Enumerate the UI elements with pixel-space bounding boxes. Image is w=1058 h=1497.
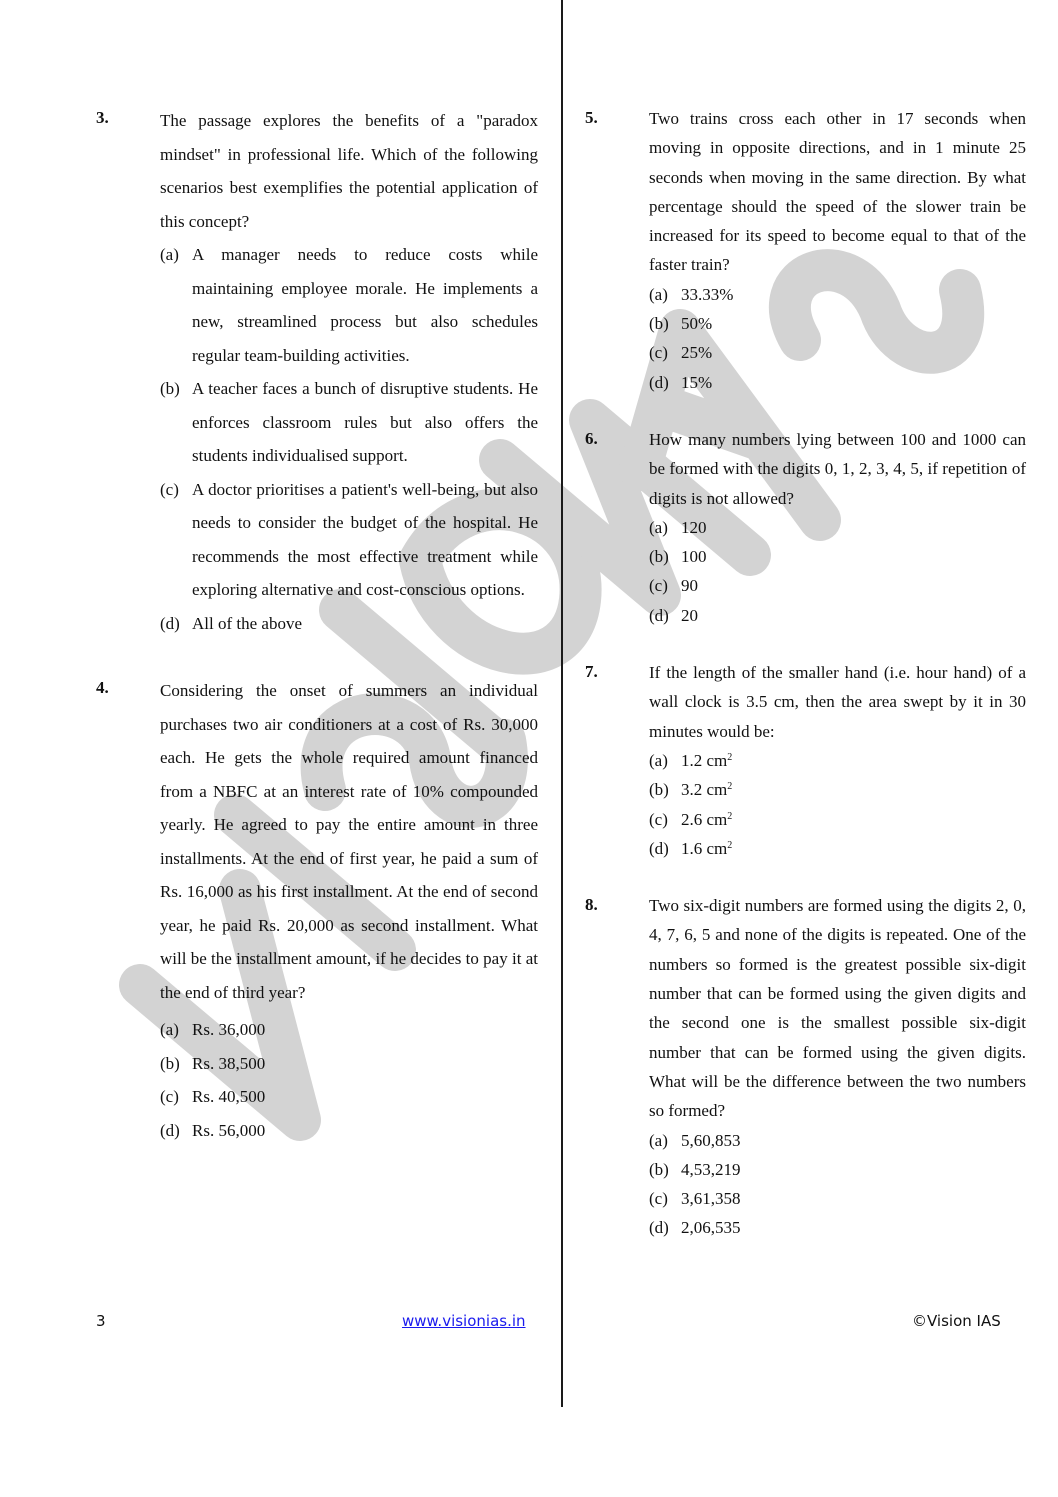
option-label: (b) [649,775,681,804]
option-value: 1.6 [681,839,707,858]
option-value: 1.2 [681,751,707,770]
column-divider [561,0,563,1407]
unit: cm [707,839,728,858]
option-d: (d)2,06,535 [649,1213,1026,1242]
option-label: (c) [649,338,681,367]
option-text: 15% [681,368,1026,397]
option-a: (a)1.2 cm2 [649,746,1026,775]
option-a: (a)120 [649,513,1026,542]
option-text: 1.2 cm2 [681,746,1026,775]
option-a: (a)Rs. 36,000 [160,1013,538,1047]
option-c: (c)90 [649,571,1026,600]
option-a: (a)5,60,853 [649,1126,1026,1155]
option-text: 100 [681,542,1026,571]
option-label: (b) [160,372,192,473]
option-b: (b)50% [649,309,1026,338]
option-value: 2.6 [681,810,707,829]
option-label: (c) [649,1184,681,1213]
option-label: (a) [649,513,681,542]
website-link[interactable]: www.visionias.in [402,1312,526,1330]
question-3: 3. The passage explores the benefits of … [96,104,538,640]
option-text: 3.2 cm2 [681,775,1026,804]
option-label: (d) [160,1114,192,1148]
question-number: 7. [585,662,598,682]
option-c: (c)A doctor prioritises a patient's well… [160,473,538,607]
unit-exponent: 2 [727,781,732,792]
option-label: (d) [649,368,681,397]
unit: cm [707,780,728,799]
option-a: (a)33.33% [649,280,1026,309]
option-b: (b)A teacher faces a bunch of disruptive… [160,372,538,473]
question-6: 6. How many numbers lying between 100 an… [585,425,1026,630]
option-text: A manager needs to reduce costs while ma… [192,238,538,372]
question-text: Considering the onset of summers an indi… [160,674,538,1009]
option-label: (d) [649,601,681,630]
option-text: 20 [681,601,1026,630]
page-number: 3 [96,1312,106,1330]
option-text: 3,61,358 [681,1184,1026,1213]
option-text: 5,60,853 [681,1126,1026,1155]
question-4: 4. Considering the onset of summers an i… [96,674,538,1147]
copyright-notice: ©Vision IAS [912,1312,1001,1330]
question-number: 3. [96,108,109,128]
option-text: Rs. 36,000 [192,1013,538,1047]
option-c: (c)3,61,358 [649,1184,1026,1213]
option-label: (b) [649,309,681,338]
question-8: 8. Two six-digit numbers are formed usin… [585,891,1026,1243]
option-label: (a) [649,746,681,775]
option-text: A teacher faces a bunch of disruptive st… [192,372,538,473]
option-b: (b)100 [649,542,1026,571]
unit-exponent: 2 [727,840,732,851]
option-d: (d)All of the above [160,607,538,641]
option-text: 33.33% [681,280,1026,309]
option-text: All of the above [192,607,538,641]
unit-exponent: 2 [727,752,732,763]
option-label: (c) [649,805,681,834]
question-text: How many numbers lying between 100 and 1… [649,425,1026,513]
option-label: (b) [160,1047,192,1081]
option-text: A doctor prioritises a patient's well-be… [192,473,538,607]
option-label: (b) [649,542,681,571]
option-label: (d) [649,834,681,863]
option-label: (a) [649,280,681,309]
unit-exponent: 2 [727,811,732,822]
option-text: 2.6 cm2 [681,805,1026,834]
unit: cm [707,810,728,829]
option-d: (d)20 [649,601,1026,630]
option-label: (c) [160,473,192,607]
question-5: 5. Two trains cross each other in 17 sec… [585,104,1026,397]
option-c: (c)25% [649,338,1026,367]
option-a: (a)A manager needs to reduce costs while… [160,238,538,372]
option-d: (d)15% [649,368,1026,397]
left-column: 3. The passage explores the benefits of … [96,104,538,1147]
option-d: (d)1.6 cm2 [649,834,1026,863]
question-text: Two trains cross each other in 17 second… [649,104,1026,280]
option-text: Rs. 38,500 [192,1047,538,1081]
option-b: (b)Rs. 38,500 [160,1047,538,1081]
question-number: 5. [585,108,598,128]
right-column: 5. Two trains cross each other in 17 sec… [585,104,1026,1243]
option-label: (d) [160,607,192,641]
option-c: (c)Rs. 40,500 [160,1080,538,1114]
question-7: 7. If the length of the smaller hand (i.… [585,658,1026,863]
option-c: (c)2.6 cm2 [649,805,1026,834]
question-text: If the length of the smaller hand (i.e. … [649,658,1026,746]
option-text: 50% [681,309,1026,338]
option-label: (b) [649,1155,681,1184]
option-label: (c) [649,571,681,600]
option-text: 1.6 cm2 [681,834,1026,863]
unit: cm [707,751,728,770]
option-d: (d)Rs. 56,000 [160,1114,538,1148]
option-b: (b)3.2 cm2 [649,775,1026,804]
option-label: (a) [649,1126,681,1155]
option-text: Rs. 40,500 [192,1080,538,1114]
option-b: (b)4,53,219 [649,1155,1026,1184]
option-label: (c) [160,1080,192,1114]
question-text: The passage explores the benefits of a "… [160,104,538,238]
option-value: 3.2 [681,780,707,799]
question-number: 8. [585,895,598,915]
option-label: (a) [160,238,192,372]
question-number: 6. [585,429,598,449]
option-text: 4,53,219 [681,1155,1026,1184]
option-text: 25% [681,338,1026,367]
option-text: 120 [681,513,1026,542]
option-text: 2,06,535 [681,1213,1026,1242]
option-label: (a) [160,1013,192,1047]
option-label: (d) [649,1213,681,1242]
question-text: Two six-digit numbers are formed using t… [649,891,1026,1125]
option-text: 90 [681,571,1026,600]
question-number: 4. [96,678,109,698]
option-text: Rs. 56,000 [192,1114,538,1148]
